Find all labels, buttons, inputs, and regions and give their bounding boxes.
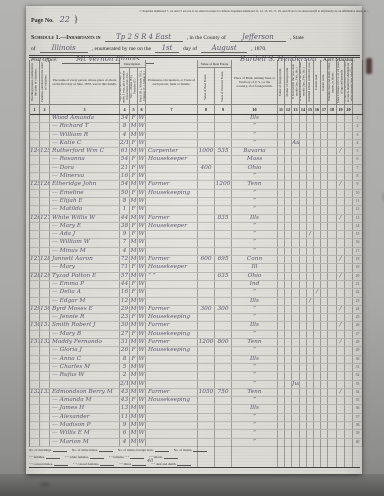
footer-label: ” ” blind, (119, 462, 131, 466)
cell-re (198, 206, 215, 213)
cell-ln: 26 (353, 322, 363, 329)
column-header-label: Cannot write. (322, 74, 326, 91)
cell-re: 600 (198, 256, 215, 263)
column-header-label: If born within the year, state month (Ja… (292, 61, 299, 103)
page-number-row: Page No. 22 } ☞ Inquiries numbered 7, 14… (31, 9, 357, 23)
cell-fam (40, 331, 50, 338)
cell-den (345, 215, 353, 222)
cell-cr (314, 356, 321, 363)
cell-fb (278, 190, 285, 197)
cell-cr (314, 322, 321, 329)
cell-cr (314, 190, 321, 197)
cell-cr (314, 364, 321, 371)
cell-age: 5 (120, 364, 130, 371)
cell-cr (314, 264, 321, 271)
cell-dw (30, 190, 40, 197)
cell-cw (321, 248, 328, 255)
cell-mm (300, 206, 307, 213)
cell-den (345, 381, 353, 388)
cell-dw (30, 331, 40, 338)
cell-ln: 40 (353, 439, 363, 446)
cell-dw: 125 (30, 181, 40, 188)
cell-name: Edmondson Berry M (50, 389, 120, 396)
cell-fam (40, 372, 50, 379)
cell-cit (337, 132, 345, 139)
cell-sex: F (130, 115, 138, 122)
cell-name: Rutherford Wm C (50, 148, 120, 155)
cell-pe: 635 (215, 273, 232, 280)
cell-cr (314, 422, 321, 429)
cell-bm: Jun (292, 381, 300, 388)
cell-age: 44 (120, 281, 130, 288)
cell-bm (292, 198, 300, 205)
cell-fb (278, 331, 285, 338)
footer-line: No. of dwellings,No. of white males,No. … (29, 446, 360, 453)
cell-age: 54 (120, 156, 130, 163)
cell-sch (307, 181, 314, 188)
cell-cit (337, 397, 345, 404)
cell-ln: 11 (353, 198, 363, 205)
cell-name: — Emma P (50, 281, 120, 288)
cell-mm (300, 389, 307, 396)
cell-sex: F (130, 314, 138, 321)
cell-den (345, 173, 353, 180)
cell-col: W (138, 439, 146, 446)
cell-dd (328, 148, 337, 155)
cell-col: W (138, 289, 146, 296)
cell-cr (314, 215, 321, 222)
cell-cr (314, 339, 321, 346)
cell-bp: Mass (232, 156, 278, 163)
cell-pe (215, 223, 232, 230)
cell-cr (314, 331, 321, 338)
cell-name: — Rosanna (50, 156, 120, 163)
cell-sex: F (130, 331, 138, 338)
cell-dd (328, 439, 337, 446)
cell-ln: 5 (353, 148, 363, 155)
cell-re (198, 372, 215, 379)
cell-den (345, 430, 353, 437)
cell-fb (278, 414, 285, 421)
cell-mm (300, 381, 307, 388)
cell-occ (146, 165, 198, 172)
cell-cw (321, 314, 328, 321)
column-number-15: 15 (307, 105, 314, 114)
cell-sch (307, 140, 314, 147)
column-number-1: 1 (30, 105, 40, 114)
cell-bp: Tenn (232, 339, 278, 346)
cell-pe (215, 190, 232, 197)
footer-rule (284, 446, 285, 467)
cell-ln: 18 (353, 256, 363, 263)
cell-pe (215, 132, 232, 139)
cell-ln: 32 (353, 372, 363, 379)
cell-name: — Richard T (50, 123, 120, 130)
cell-occ: ” ” (146, 273, 198, 280)
cell-sch (307, 322, 314, 329)
cell-dw: 124 (30, 148, 40, 155)
cell-mm (300, 190, 307, 197)
cell-bp: ” (232, 430, 278, 437)
cell-fb (278, 248, 285, 255)
cell-pe (215, 289, 232, 296)
cell-re (198, 156, 215, 163)
cell-bm (292, 223, 300, 230)
cell-pe (215, 381, 232, 388)
cell-age: 1 (120, 206, 130, 213)
cell-name: Wood Amanda (50, 115, 120, 122)
cell-den (345, 331, 353, 338)
cell-den (345, 273, 353, 280)
cell-pe (215, 372, 232, 379)
cell-col: W (138, 372, 146, 379)
cell-fam (40, 198, 50, 205)
cell-fam (40, 264, 50, 271)
cell-re: 1050 (198, 389, 215, 396)
cell-dd (328, 314, 337, 321)
cell-mb (285, 132, 292, 139)
cell-mb (285, 248, 292, 255)
cell-dd (328, 132, 337, 139)
cell-dw (30, 356, 40, 363)
cell-dd (328, 364, 337, 371)
cell-den (345, 132, 353, 139)
cell-name: — Katie C (50, 140, 120, 147)
cell-ln: 38 (353, 422, 363, 429)
footer-label: No. of dwellings, (29, 448, 52, 452)
cell-mm (300, 281, 307, 288)
column-number-12: 12 (285, 105, 292, 114)
cell-mb (285, 298, 292, 305)
cell-cit: / (337, 273, 345, 280)
cell-bp: Conn (232, 256, 278, 263)
table-row: — Elijah E8MW”11 (30, 198, 363, 206)
cell-bm (292, 339, 300, 346)
cell-occ (146, 239, 198, 246)
cell-dd (328, 140, 337, 147)
column-number-14: 14 (300, 105, 307, 114)
cell-name: — Minus M (50, 248, 120, 255)
cell-bp: ” (232, 422, 278, 429)
table-row: 124125Rutherford Wm C61MWCarpenter100053… (30, 148, 363, 156)
cell-fam: 126 (40, 181, 50, 188)
scan-stain-red (366, 58, 372, 74)
cell-ln: 14 (353, 223, 363, 230)
cell-sex: F (130, 223, 138, 230)
cell-mm (300, 356, 307, 363)
cell-fam (40, 405, 50, 412)
cell-den (345, 223, 353, 230)
cell-bp: Ohio (232, 165, 278, 172)
cell-dd (328, 289, 337, 296)
cell-sex: M (130, 306, 138, 313)
cell-re (198, 331, 215, 338)
cell-pe (215, 430, 232, 437)
cell-name: Jannett Aaron (50, 256, 120, 263)
cell-age: 8 (120, 356, 130, 363)
table-row: — Ada J9FW”/15 (30, 231, 363, 239)
cell-occ: Farmer (146, 181, 198, 188)
table-header: Dwelling-houses, numbered in the order o… (30, 60, 363, 104)
cell-cit (337, 372, 345, 379)
cell-cw (321, 239, 328, 246)
cell-sex: F (130, 165, 138, 172)
cell-occ (146, 430, 198, 437)
cell-col: W (138, 347, 146, 354)
cell-age: 11 (120, 414, 130, 421)
cell-den (345, 314, 353, 321)
cell-dd (328, 190, 337, 197)
cell-cw (321, 173, 328, 180)
cell-name: — Dora (50, 165, 120, 172)
cell-col: W (138, 190, 146, 197)
cell-den (345, 422, 353, 429)
cell-col: W (138, 231, 146, 238)
cell-mb (285, 397, 292, 404)
cell-age: 23 (120, 314, 130, 321)
cell-mb (285, 206, 292, 213)
cell-re (198, 347, 215, 354)
cell-name: — Mary E (50, 223, 120, 230)
cell-dd (328, 181, 337, 188)
cell-mm (300, 422, 307, 429)
cell-mm (300, 140, 307, 147)
column-number-8: 8 (198, 105, 215, 114)
cell-cit (337, 206, 345, 213)
cell-sex: M (130, 132, 138, 139)
cell-name: — Willis E M (50, 430, 120, 437)
column-group-header: Value of Real Estate Owned. (198, 60, 232, 68)
cell-bm (292, 248, 300, 255)
cell-bm (292, 414, 300, 421)
cell-fb (278, 198, 285, 205)
cell-sch (307, 215, 314, 222)
column-header-label: Cannot read. (315, 74, 319, 90)
cell-sch: / (307, 298, 314, 305)
cell-bm (292, 256, 300, 263)
cell-bp: ” (232, 239, 278, 246)
cell-ln: 3 (353, 132, 363, 139)
cell-bp: Bavaria (232, 148, 278, 155)
cell-mb (285, 173, 292, 180)
cell-sch (307, 414, 314, 421)
cell-col: W (138, 239, 146, 246)
cell-ln: 16 (353, 239, 363, 246)
cell-sex: F (130, 190, 138, 197)
cell-bp: ” (232, 190, 278, 197)
cell-cw (321, 381, 328, 388)
cell-dw (30, 140, 40, 147)
cell-occ (146, 414, 198, 421)
cell-sch: / (307, 231, 314, 238)
cell-col: W (138, 389, 146, 396)
cell-bp: ” (232, 414, 278, 421)
cell-occ (146, 372, 198, 379)
cell-mm (300, 132, 307, 139)
cell-sex: F (130, 289, 138, 296)
cell-re: 300 (198, 306, 215, 313)
table-row: — Emeline50FWHousekeeping”10 (30, 190, 363, 198)
cell-re (198, 364, 215, 371)
cell-re (198, 173, 215, 180)
cell-pe: 300 (215, 306, 232, 313)
cell-cit: / (337, 322, 345, 329)
cell-sch (307, 381, 314, 388)
table-row: 130131Smith Robert J30MWFarmerIlls/26 (30, 322, 363, 330)
cell-cr (314, 381, 321, 388)
cell-col: W (138, 422, 146, 429)
cell-re (198, 397, 215, 404)
cell-dd (328, 372, 337, 379)
column-header-label: Attended school within the year. (308, 62, 312, 102)
cell-den (345, 190, 353, 197)
cell-bp: Ills (232, 356, 278, 363)
cell-mm (300, 405, 307, 412)
cell-bm (292, 389, 300, 396)
cell-sch (307, 223, 314, 230)
cell-cit: / (337, 215, 345, 222)
cell-cr (314, 198, 321, 205)
cell-sch (307, 397, 314, 404)
cell-mb (285, 430, 292, 437)
cell-re (198, 289, 215, 296)
cell-fam (40, 140, 50, 147)
cell-sex: F (130, 264, 138, 271)
cell-cit (337, 347, 345, 354)
cell-bm (292, 239, 300, 246)
cell-occ: Housekeeper (146, 223, 198, 230)
cell-age: 50 (120, 190, 130, 197)
cell-mb (285, 215, 292, 222)
cell-sex: F (130, 356, 138, 363)
cell-age: 12 (120, 298, 130, 305)
cell-mb (285, 140, 292, 147)
cell-name: — Rufus W (50, 372, 120, 379)
cell-re (198, 298, 215, 305)
cell-mm (300, 223, 307, 230)
footer-rule (306, 446, 307, 467)
cell-mm (300, 165, 307, 172)
table-row: — Dora21FW400Ohio7 (30, 165, 363, 173)
cell-col: W (138, 339, 146, 346)
cell-mm (300, 439, 307, 446)
cell-col: W (138, 256, 146, 263)
cell-occ (146, 381, 198, 388)
cell-cw (321, 439, 328, 446)
cell-fam (40, 381, 50, 388)
cell-cw (321, 148, 328, 155)
cell-re (198, 430, 215, 437)
table-row: 129130Byrd Moses E29MWFarmer300300”/24 (30, 306, 363, 314)
cell-bm: Aug (292, 140, 300, 147)
cell-re (198, 181, 215, 188)
cell-dw: 126 (30, 215, 40, 222)
cell-fam (40, 281, 50, 288)
cell-name: Etheridge John (50, 181, 120, 188)
cell-mb (285, 231, 292, 238)
footer-label: ” ” females, ” ” (109, 455, 129, 459)
cell-bm (292, 173, 300, 180)
cell-sch (307, 173, 314, 180)
cell-re: 1200 (198, 339, 215, 346)
cell-fam: 132 (40, 339, 50, 346)
cell-occ: Farmer (146, 339, 198, 346)
cell-dd (328, 198, 337, 205)
cell-dw (30, 381, 40, 388)
cell-name: — Mary (50, 264, 120, 271)
cell-ln: 15 (353, 231, 363, 238)
cell-occ (146, 422, 198, 429)
cell-occ (146, 123, 198, 130)
cell-bm (292, 322, 300, 329)
cell-bp: ” (232, 306, 278, 313)
cell-re (198, 356, 215, 363)
footer-rule (277, 446, 278, 467)
column-header-label: Value of Personal Estate. (221, 71, 225, 102)
cell-age: 2/12 (120, 381, 130, 388)
cell-fam (40, 248, 50, 255)
cell-bp: ” (232, 132, 278, 139)
cell-cit (337, 165, 345, 172)
cell-cr (314, 132, 321, 139)
column-number-row: 1234567891011121314151617181920 (30, 104, 363, 115)
cell-mb (285, 115, 292, 122)
footer-blank (46, 454, 60, 459)
cell-re (198, 140, 215, 147)
cell-sex: M (130, 148, 138, 155)
table-row: — Minus M4MW”17 (30, 248, 363, 256)
footer-blank (132, 461, 146, 466)
cell-re: 400 (198, 165, 215, 172)
cell-bp: ” (232, 223, 278, 230)
column-header-label: Value of Real Estate. (204, 74, 208, 100)
cell-mm (300, 264, 307, 271)
cell-occ: Farmer (146, 306, 198, 313)
cell-cr (314, 165, 321, 172)
cell-mm (300, 156, 307, 163)
cell-bp: Ohio (232, 273, 278, 280)
cell-cw (321, 231, 328, 238)
table-row: 128129Tyzad Patton E57MW” ”635Ohio/20 (30, 273, 363, 281)
table-row: — Matilda1FW”12 (30, 206, 363, 214)
cell-re (198, 439, 215, 446)
cell-sch (307, 132, 314, 139)
cell-fb (278, 123, 285, 130)
table-row: — Charles M5MW”31 (30, 364, 363, 372)
cell-dd (328, 405, 337, 412)
cell-bm (292, 264, 300, 271)
cell-dw (30, 405, 40, 412)
cell-occ (146, 115, 198, 122)
cell-cit (337, 405, 345, 412)
cell-cit (337, 190, 345, 197)
cell-col: W (138, 356, 146, 363)
cell-dw (30, 414, 40, 421)
cell-fb (278, 422, 285, 429)
cell-name: — Mary B (50, 331, 120, 338)
cell-bm (292, 115, 300, 122)
cell-bp: ” (232, 206, 278, 213)
cell-dw (30, 314, 40, 321)
cell-cit (337, 123, 345, 130)
cell-fb (278, 364, 285, 371)
cell-mb (285, 123, 292, 130)
column-header-cr: Cannot read. (314, 60, 321, 104)
cell-ln: 19 (353, 264, 363, 271)
cell-bp: ” (232, 248, 278, 255)
cell-mb (285, 414, 292, 421)
cell-cit: / (337, 306, 345, 313)
